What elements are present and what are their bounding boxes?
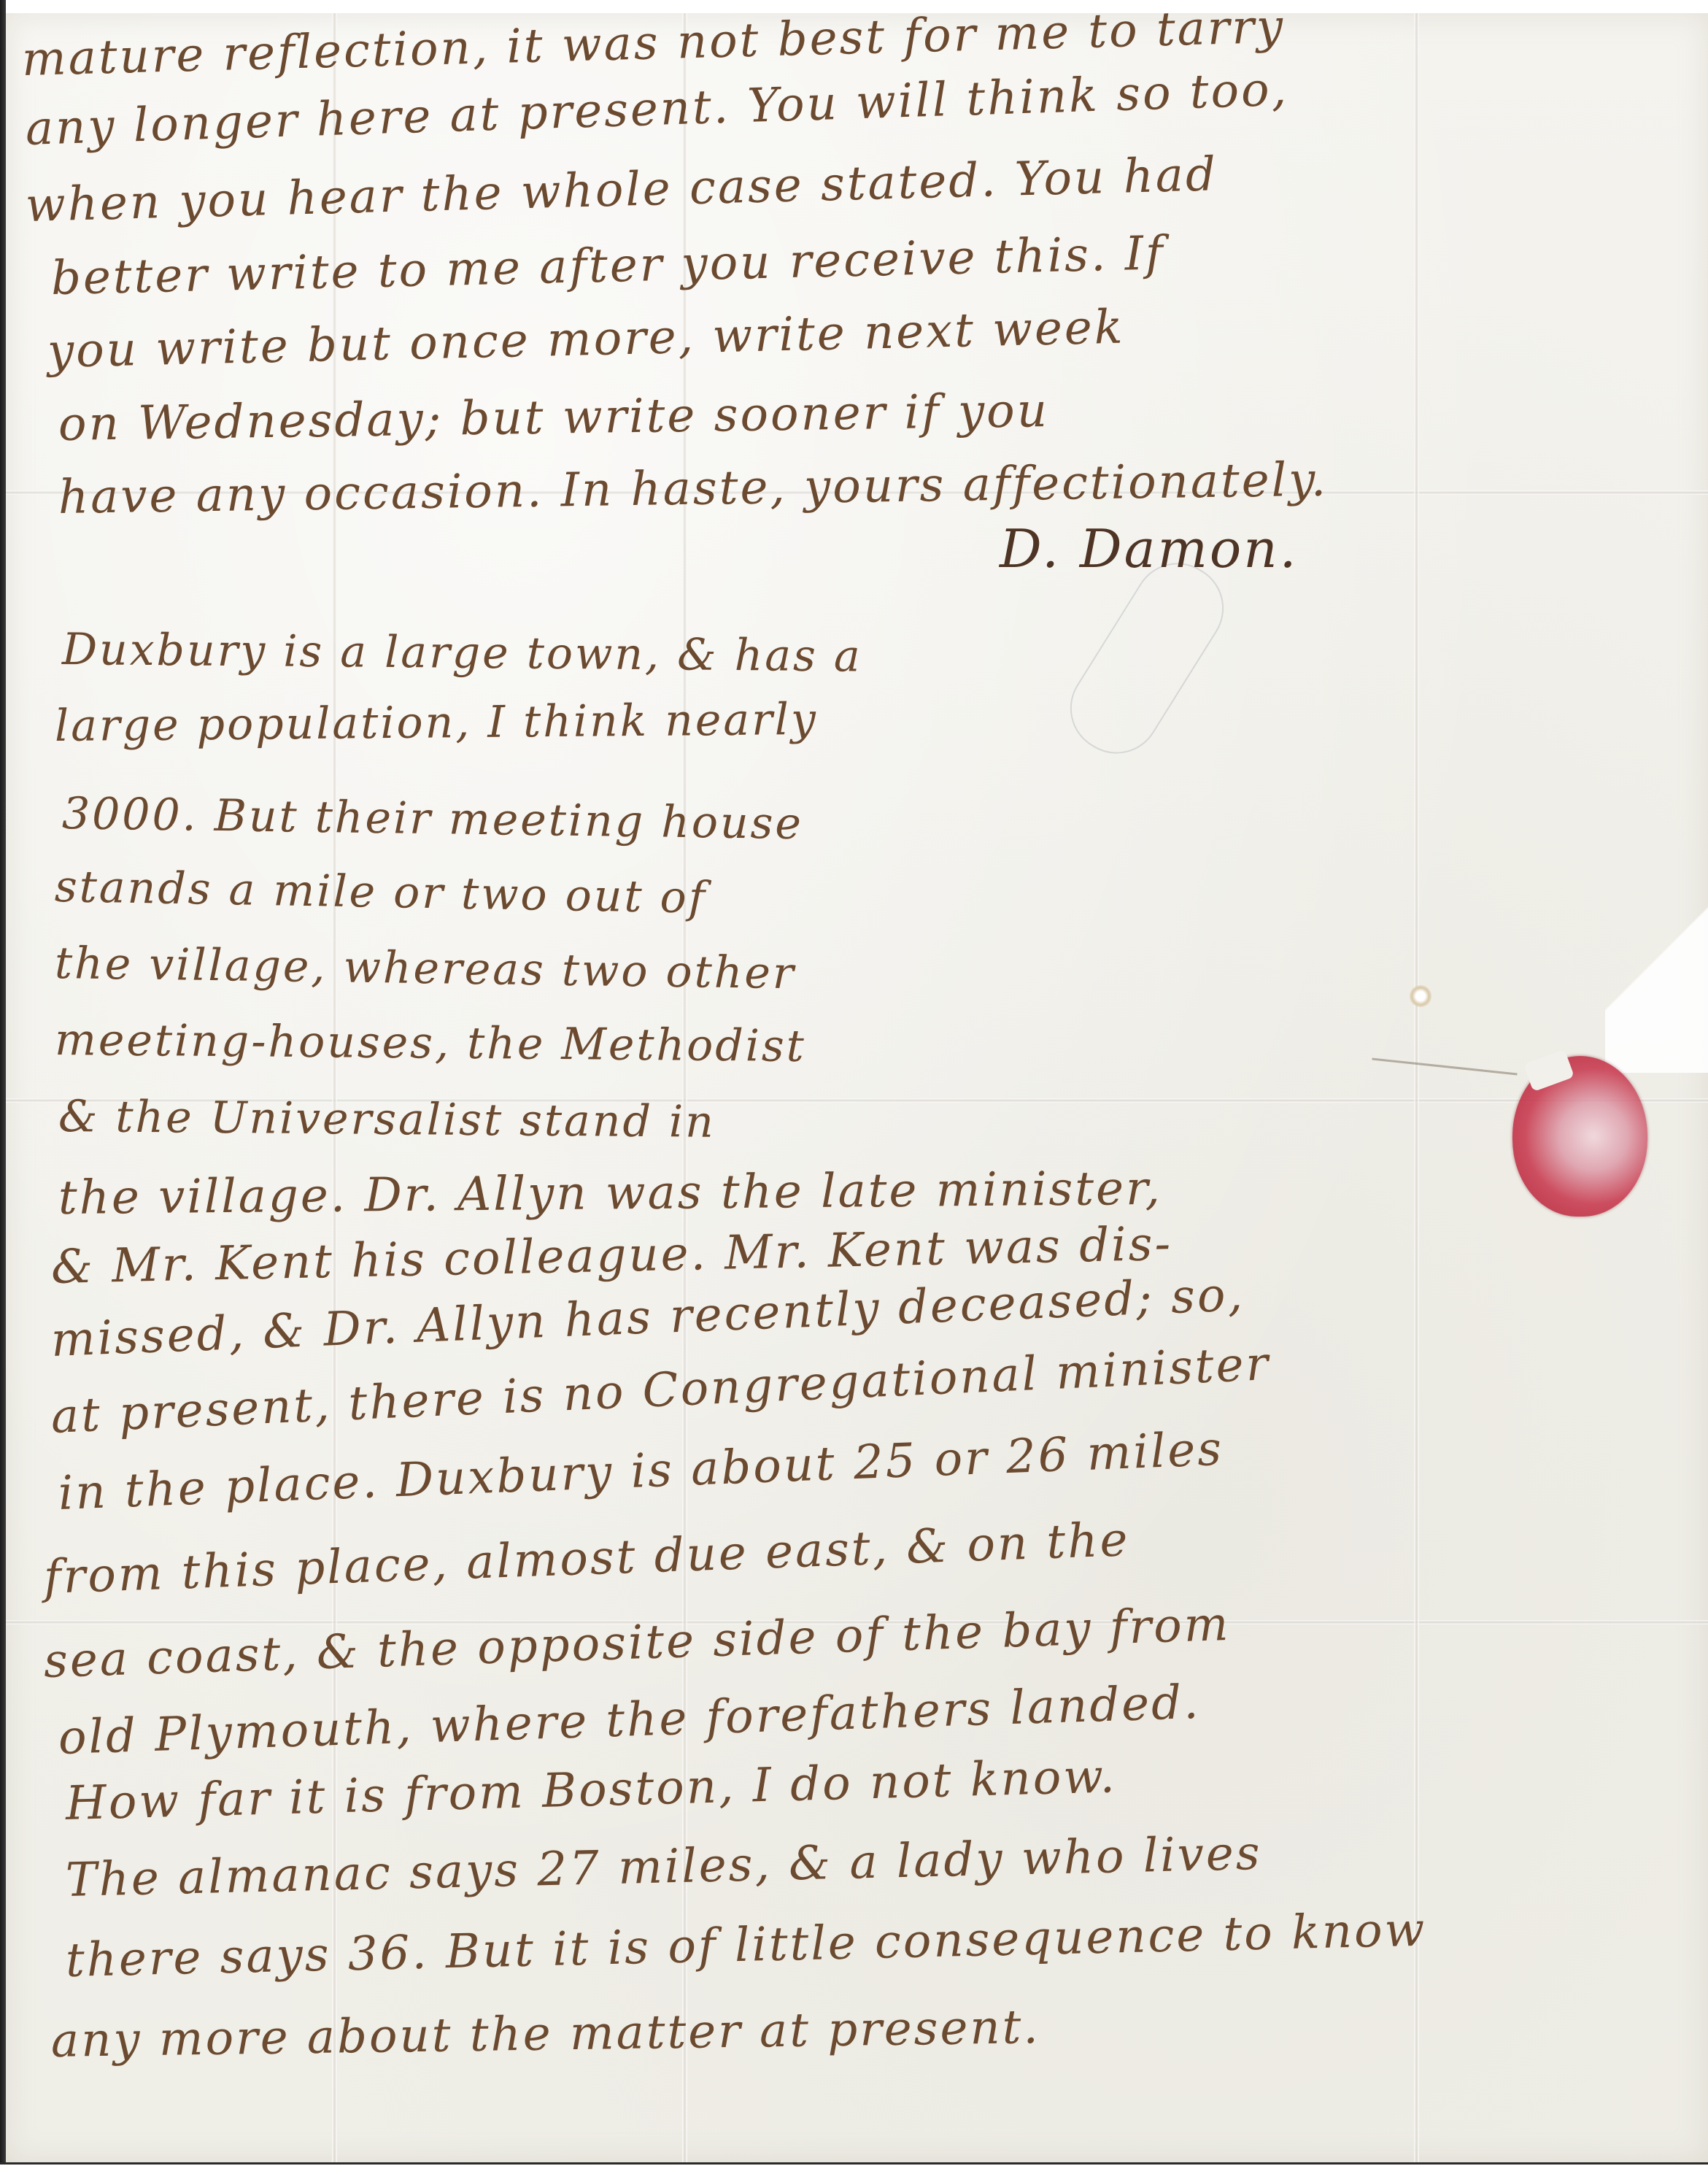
postscript-line-6: meeting-houses, the Methodist [55, 1014, 806, 1072]
scan-bottom-edge [0, 2162, 1708, 2174]
folded-corner [1605, 898, 1708, 1073]
pin-hole [1410, 985, 1431, 1007]
fold-crease-vertical-right [1414, 13, 1419, 2162]
postscript-line-3: 3000. But their meeting house [62, 788, 804, 849]
postscript-line-8: the village. Dr. Allyn was the late mini… [58, 1162, 1162, 1225]
postscript-line-5: the village, whereas two other [55, 938, 797, 999]
scan-left-edge [0, 0, 6, 2174]
signature: D. Damon. [1000, 518, 1298, 579]
postscript-line-2: large population, I think nearly [55, 694, 818, 752]
postscript-line-7: & the Universalist stand in [58, 1091, 716, 1148]
postscript-line-1: Duxbury is a large town, & has a [62, 624, 862, 682]
